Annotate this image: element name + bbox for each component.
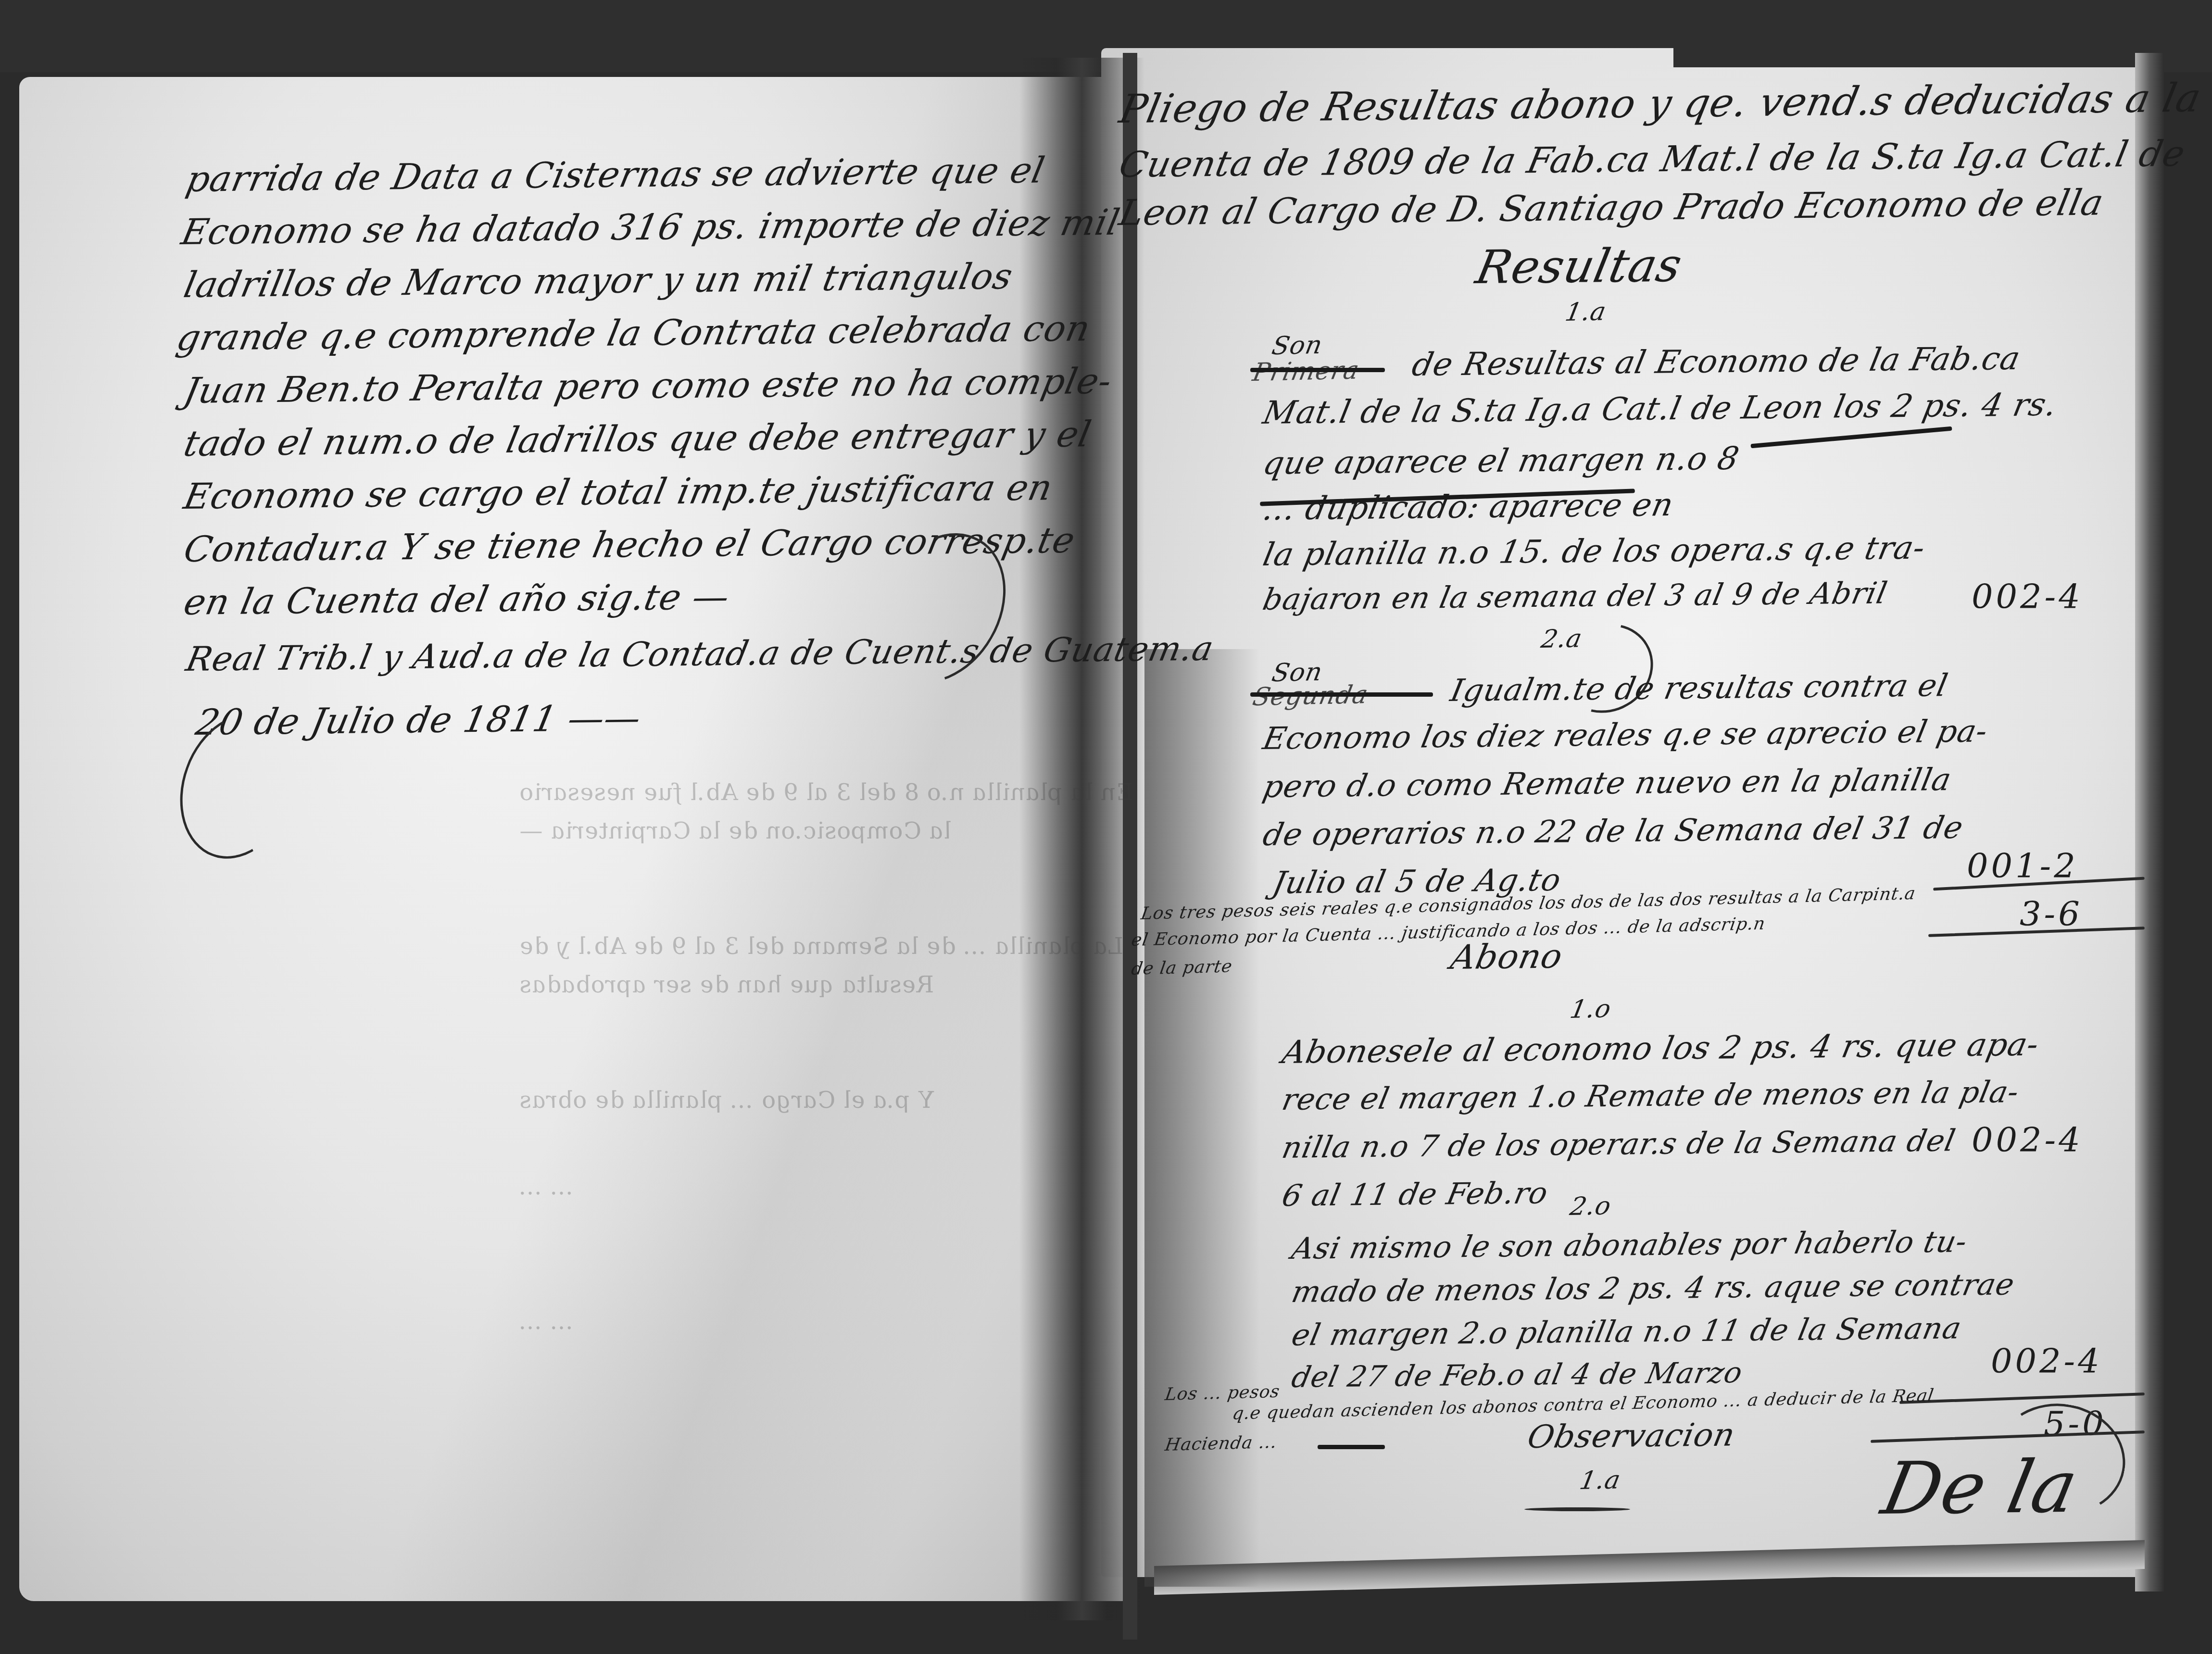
abono-1-amount: 002-4 (1972, 1120, 2083, 1160)
abono-2-amount: 002-4 (1991, 1341, 2102, 1381)
strike-through (1250, 368, 1385, 372)
margin-note-3: Hacienda ... (1164, 1432, 1278, 1455)
section-1-amount: 002-4 (1972, 577, 2083, 616)
left-line-9: en la Cuenta del año sig.te — (180, 576, 733, 623)
section-1-numeral: 1.a (1563, 297, 1609, 327)
right-page-edge (2135, 53, 2164, 1591)
section-2-subtotal: 3-6 (2020, 894, 2083, 934)
margin-note-3: de la parte (1130, 957, 1234, 979)
margin-note-1: Los ... pesos (1164, 1382, 1281, 1404)
gutter-line (1123, 53, 1137, 1640)
page-notch (1673, 46, 2154, 67)
heading-resultas: Resultas (1471, 238, 1687, 294)
section-1-margin-label: Son (1269, 331, 1325, 361)
observacion-underline (1524, 1507, 1630, 1511)
strike-through (1250, 692, 1433, 697)
strike-through (1318, 1445, 1385, 1449)
left-line-3: ladrillos de Marco mayor y un mil triang… (180, 256, 1017, 306)
heading-abono: Abono (1447, 937, 1566, 977)
observacion-numeral: 1.a (1577, 1466, 1623, 1495)
heading-observacion: Observacion (1524, 1416, 1738, 1455)
section-2-amount: 001-2 (1967, 846, 2078, 886)
